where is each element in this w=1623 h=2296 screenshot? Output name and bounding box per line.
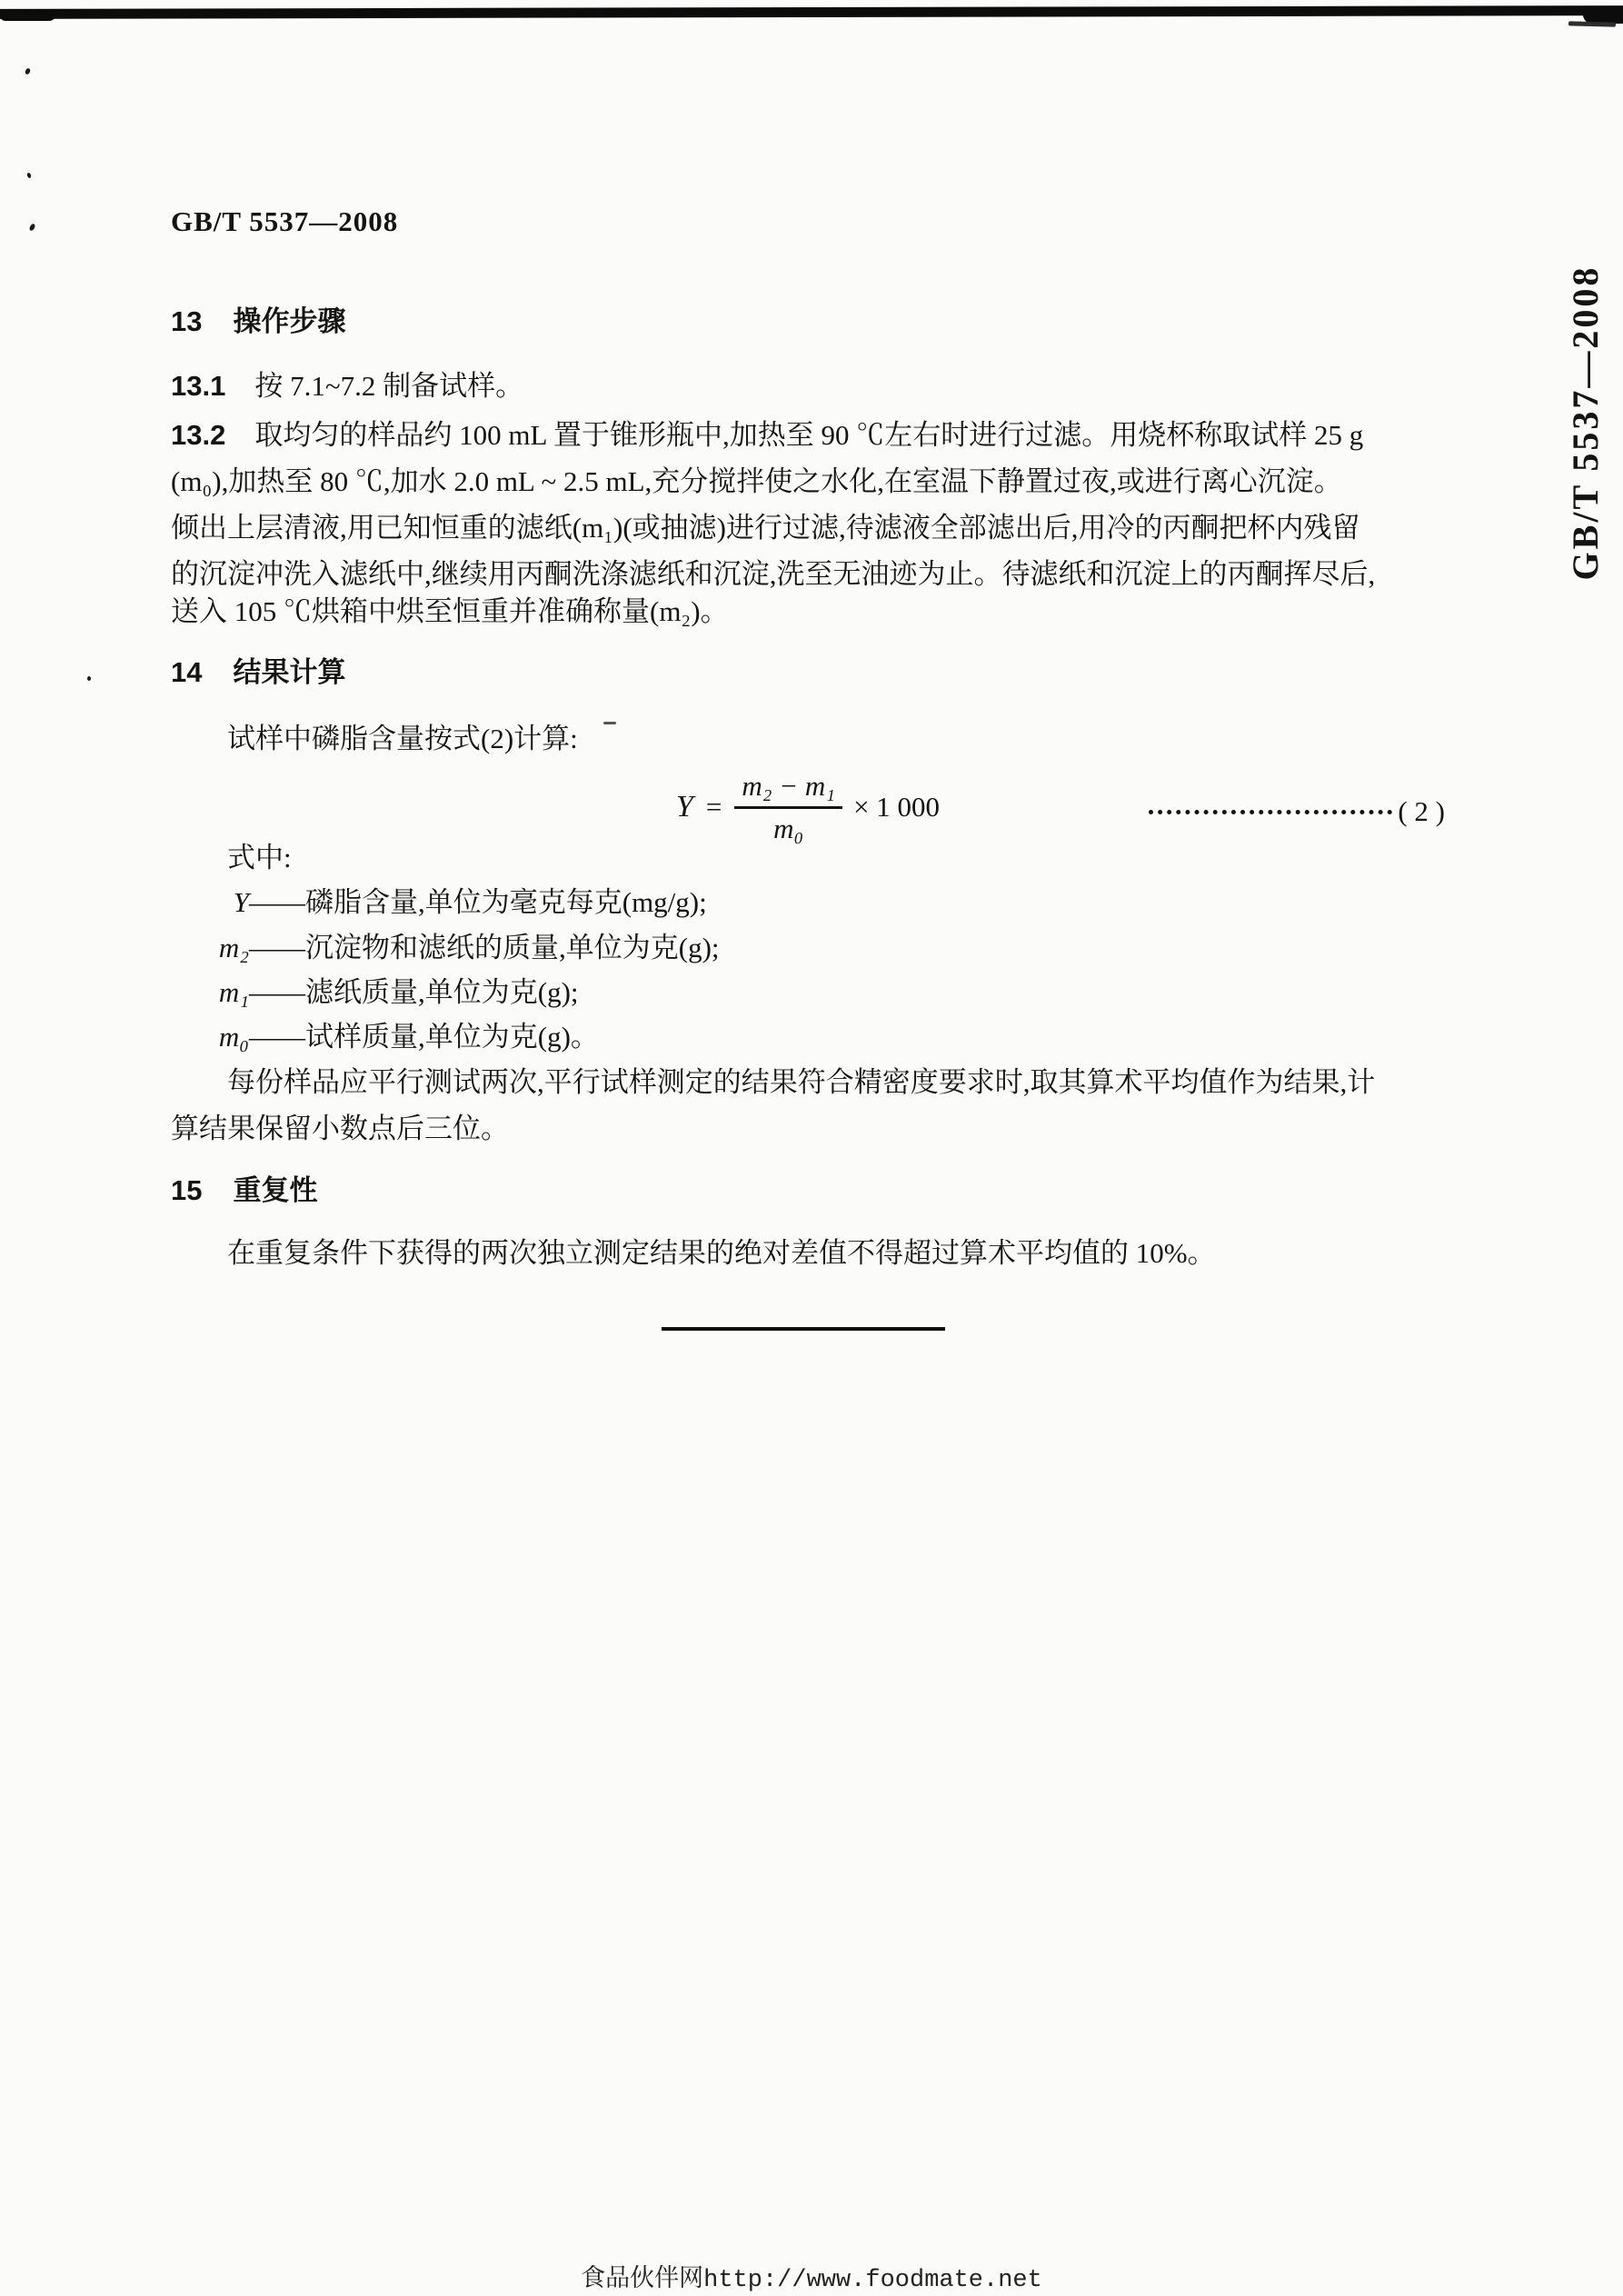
fraction: m₂ − m₁ m₀ [734, 770, 842, 845]
section-15-heading: 15重复性 [171, 1173, 317, 1209]
leader-dots [1149, 810, 1392, 814]
clause-text: 按 7.1~7.2 制备试样。 [254, 370, 523, 402]
variable-symbol: Y [171, 883, 249, 922]
variable-description: ——试样质量,单位为克(g)。 [249, 1021, 599, 1053]
variable-description: ——滤纸质量,单位为克(g); [249, 976, 579, 1008]
scan-speck [25, 67, 31, 75]
multiplier: × 1 000 [853, 791, 940, 824]
where-label: 式中: [171, 839, 292, 877]
section-title: 重复性 [233, 1174, 317, 1206]
section-title: 操作步骤 [233, 305, 345, 337]
section-number: 13 [171, 305, 202, 337]
standard-number-vertical: GB/T 5537—2008 [1564, 205, 1608, 640]
section-14-heading: 14结果计算 [171, 654, 345, 691]
section-13-heading: 13操作步骤 [171, 304, 345, 340]
clause-13-2-line-3: 倾出上层清液,用已知恒重的滤纸(m₁)(或抽滤)进行过滤,待滤液全部滤出后,用冷… [171, 509, 1359, 547]
closing-paragraph-line-1: 每份样品应平行测试两次,平行试样测定的结果符合精密度要求时,取其算术平均值作为结… [171, 1063, 1375, 1102]
scan-speck [87, 676, 91, 681]
footer-watermark: 食品伙伴网http://www.foodmate.net [0, 2258, 1623, 2294]
fraction-numerator: m₂ − m₁ [734, 770, 842, 806]
end-of-document-rule [662, 1327, 945, 1331]
clause-number: 13.1 [171, 370, 225, 402]
variable-description: ——磷脂含量,单位为毫克每克(mg/g); [249, 886, 707, 918]
clause-13-2-line-2: (m₀),加热至 80 ℃,加水 2.0 mL ~ 2.5 mL,充分搅拌使之水… [171, 463, 1342, 501]
equals-sign: = [706, 791, 722, 824]
equation-number-label: ( 2 ) [1398, 795, 1445, 828]
variable-symbol: m₀ [171, 1018, 249, 1056]
section-number: 14 [171, 656, 202, 688]
clause-number: 13.2 [171, 419, 225, 451]
standard-number-header: GB/T 5537—2008 [171, 205, 398, 238]
scan-edge-bar-left [0, 11, 56, 21]
scan-edge-bar [0, 5, 1623, 19]
equation-2: Y = m₂ − m₁ m₀ × 1 000 ( 2 ) [171, 753, 1445, 862]
section-15-body: 在重复条件下获得的两次独立测定结果的绝对差值不得超过算术平均值的 10%。 [171, 1234, 1216, 1273]
closing-paragraph-line-2: 算结果保留小数点后三位。 [171, 1110, 509, 1148]
variable-symbol: m₂ [171, 929, 249, 967]
variable-definition: m₀——试样质量,单位为克(g)。 [171, 1018, 599, 1056]
section-number: 15 [171, 1174, 202, 1206]
clause-13-2-line-4: 的沉淀冲洗入滤纸中,继续用丙酮洗涤滤纸和沉淀,洗至无油迹为止。待滤纸和沉淀上的丙… [171, 555, 1375, 594]
scan-speck [28, 223, 35, 231]
clause-text: 取均匀的样品约 100 mL 置于锥形瓶中,加热至 90 ℃左右时进行过滤。用烧… [254, 419, 1363, 451]
variable-description: ——沉淀物和滤纸的质量,单位为克(g); [249, 932, 720, 963]
clause-13-2-line-5: 送入 105 ℃烘箱中烘至恒重并准确称量(m₂)。 [171, 593, 729, 631]
variable-definition: m₁——滤纸质量,单位为克(g); [171, 973, 579, 1012]
variable-definition: Y——磷脂含量,单位为毫克每克(mg/g); [171, 883, 707, 922]
scan-speck [603, 722, 616, 724]
variable-definition: m₂——沉淀物和滤纸的质量,单位为克(g); [171, 929, 720, 967]
variable-symbol: m₁ [171, 973, 249, 1012]
clause-13-1: 13.1按 7.1~7.2 制备试样。 [171, 367, 523, 405]
equation-lhs: Y [676, 790, 693, 824]
section-title: 结果计算 [233, 656, 345, 688]
scan-speck [26, 172, 32, 178]
scan-artifact [1568, 21, 1616, 26]
clause-13-2-line-1: 13.2取均匀的样品约 100 mL 置于锥形瓶中,加热至 90 ℃左右时进行过… [171, 416, 1363, 454]
equation-number: ( 2 ) [1149, 793, 1445, 831]
fraction-denominator: m₀ [734, 806, 842, 845]
